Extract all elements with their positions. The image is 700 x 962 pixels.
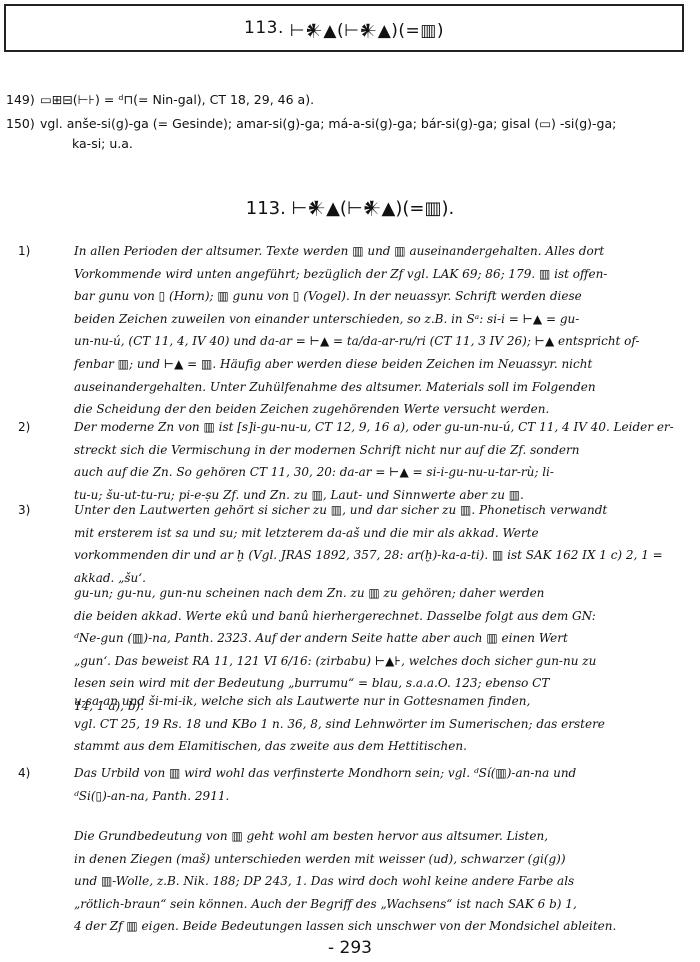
entry-text: vgl. anše-si(g)-ga (= Gesinde); amar-si(… <box>40 116 616 131</box>
paragraph-text: Das Urbild von ▥ wird wohl das verfinste… <box>74 766 576 780</box>
page-header-box: 113. ⊢𒀭▲(⊢𒀭▲)(=▥) <box>4 4 684 52</box>
page-number: - 293 <box>0 938 700 958</box>
text-line: akkad. „šu‘. <box>74 571 146 585</box>
entry-text: ka-si; u.a. <box>72 136 133 151</box>
paragraph-text: lesen sein wird mit der Bedeutung „burru… <box>74 676 549 690</box>
paragraph-text: mit ersterem ist sa und su; mit letztere… <box>74 526 539 540</box>
paragraph-text: vorkommenden dir und ar ḫ (Vgl. JRAS 189… <box>74 548 663 562</box>
text-line: bar gunu von ▯ (Horn); ▥ gunu von ▯ (Vog… <box>74 289 582 303</box>
text-line: beiden Zeichen zuweilen von einander unt… <box>74 312 579 326</box>
paragraph-text: Die Grundbedeutung von ▥ geht wohl am be… <box>74 829 548 843</box>
paragraph-text: in denen Ziegen (maš) unterschieden werd… <box>74 852 566 866</box>
paragraph-text: bar gunu von ▯ (Horn); ▥ gunu von ▯ (Vog… <box>74 289 582 303</box>
text-line: vgl. CT 25, 19 Rs. 18 und KBo 1 n. 36, 8… <box>74 717 605 731</box>
text-line: gu-un; gu-nu, gun-nu scheinen nach dem Z… <box>74 586 544 600</box>
entry-text: ▭⊞⊟(⊢⊦) = ᵈ⊓(= Nin-gal), CT 18, 29, 46 a… <box>40 92 314 107</box>
paragraph-text: In allen Perioden der altsumer. Texte we… <box>74 244 604 258</box>
text-line: Vorkommende wird unten angeführt; bezügl… <box>74 267 607 281</box>
text-line: vorkommenden dir und ar ḫ (Vgl. JRAS 189… <box>74 548 663 562</box>
paragraph-number: 4) <box>18 766 74 780</box>
paragraph-text: stammt aus dem Elamitischen, das zweite … <box>74 739 467 753</box>
text-line: 2)Der moderne Zn von ▥ ist [s]i-gu-nu-u,… <box>18 420 674 434</box>
paragraph-text: auseinandergehalten. Unter Zuhülfenahme … <box>74 380 596 394</box>
paragraph-text: fenbar ▥; und ⊢▲ = ▥. Häufig aber werden… <box>74 357 592 371</box>
text-line: die beiden akkad. Werte ekû und banû hie… <box>74 609 596 623</box>
paragraph-text: „gun‘. Das beweist RA 11, 121 VI 6/16: (… <box>74 654 596 668</box>
text-line: fenbar ▥; und ⊢▲ = ▥. Häufig aber werden… <box>74 357 592 371</box>
text-line: auseinandergehalten. Unter Zuhülfenahme … <box>74 380 596 394</box>
text-line: un-nu-ú, (CT 11, 4, IV 40) und da-ar = ⊢… <box>74 334 639 348</box>
text-line: ᵈNe-gun (▥)-na, Panth. 2323. Auf der and… <box>74 631 568 645</box>
header-title-signs: ⊢𒀭▲(⊢𒀭▲)(=▥) <box>290 9 444 48</box>
paragraph-text: vgl. CT 25, 19 Rs. 18 und KBo 1 n. 36, 8… <box>74 717 605 731</box>
text-line: in denen Ziegen (maš) unterschieden werd… <box>74 852 566 866</box>
paragraph-text: beiden Zeichen zuweilen von einander unt… <box>74 312 579 326</box>
paragraph-text: streckt sich die Vermischung in der mode… <box>74 443 579 457</box>
text-line: tu-u; šu-ut-tu-ru; pi-e-ṣu Zf. und Zn. z… <box>74 488 524 502</box>
section-title: 113. ⊢𒀭▲(⊢𒀭▲)(=▥). <box>0 186 700 227</box>
paragraph-text: Der moderne Zn von ▥ ist [s]i-gu-nu-u, C… <box>74 420 674 434</box>
text-line: und ▥-Wolle, z.B. Nik. 188; DP 243, 1. D… <box>74 874 574 888</box>
paragraph-text: auch auf die Zn. So gehören CT 11, 30, 2… <box>74 465 554 479</box>
text-line: mit ersterem ist sa und su; mit letztere… <box>74 526 539 540</box>
text-line: stammt aus dem Elamitischen, das zweite … <box>74 739 467 753</box>
text-line: „rötlich-braun“ sein können. Auch der Be… <box>74 897 577 911</box>
paragraph-number: 1) <box>18 244 74 258</box>
paragraph-text: gu-un; gu-nu, gun-nu scheinen nach dem Z… <box>74 586 544 600</box>
paragraph-text: und ▥-Wolle, z.B. Nik. 188; DP 243, 1. D… <box>74 874 574 888</box>
paragraph-text: die beiden akkad. Werte ekû und banû hie… <box>74 609 596 623</box>
text-line: lesen sein wird mit der Bedeutung „burru… <box>74 676 549 690</box>
paragraph-text: Unter den Lautwerten gehört si sicher zu… <box>74 503 607 517</box>
paragraph-text: tu-u; šu-ut-tu-ru; pi-e-ṣu Zf. und Zn. z… <box>74 488 524 502</box>
text-line: „gun‘. Das beweist RA 11, 121 VI 6/16: (… <box>74 654 596 668</box>
text-line: 4)Das Urbild von ▥ wird wohl das verfins… <box>18 766 576 780</box>
paragraph-text: die Scheidung der den beiden Zeichen zug… <box>74 402 549 416</box>
text-line: 3)Unter den Lautwerten gehört si sicher … <box>18 503 607 517</box>
text-line: die Scheidung der den beiden Zeichen zug… <box>74 402 549 416</box>
paragraph-text: un-nu-ú, (CT 11, 4, IV 40) und da-ar = ⊢… <box>74 334 639 348</box>
text-line: ᵈSi(▯)-an-na, Panth. 2911. <box>74 789 229 803</box>
text-line: streckt sich die Vermischung in der mode… <box>74 443 579 457</box>
text-line: auch auf die Zn. So gehören CT 11, 30, 2… <box>74 465 554 479</box>
text-line: u-sa-an und ši-mi-ik, welche sich als La… <box>74 694 530 708</box>
paragraph-text: akkad. „šu‘. <box>74 571 146 585</box>
paragraph-text: Vorkommende wird unten angeführt; bezügl… <box>74 267 607 281</box>
text-line: 4 der Zf ▥ eigen. Beide Bedeutungen lass… <box>74 919 616 933</box>
header-title-number: 113. <box>244 18 284 38</box>
text-line: Die Grundbedeutung von ▥ geht wohl am be… <box>74 829 548 843</box>
paragraph-text: ᵈNe-gun (▥)-na, Panth. 2323. Auf der and… <box>74 631 568 645</box>
entry-number: 149) <box>6 92 40 107</box>
paragraph-text: ᵈSi(▯)-an-na, Panth. 2911. <box>74 789 229 803</box>
paragraph-text: 4 der Zf ▥ eigen. Beide Bedeutungen lass… <box>74 919 616 933</box>
paragraph-number: 3) <box>18 503 74 517</box>
entry-number: 150) <box>6 116 40 131</box>
entry-line: 150)vgl. anše-si(g)-ga (= Gesinde); amar… <box>6 116 616 131</box>
text-line: 1)In allen Perioden der altsumer. Texte … <box>18 244 604 258</box>
paragraph-text: „rötlich-braun“ sein können. Auch der Be… <box>74 897 577 911</box>
paragraph-number: 2) <box>18 420 74 434</box>
entry-line: 149)▭⊞⊟(⊢⊦) = ᵈ⊓(= Nin-gal), CT 18, 29, … <box>6 92 314 107</box>
paragraph-text: u-sa-an und ši-mi-ik, welche sich als La… <box>74 694 530 708</box>
entry-line: ka-si; u.a. <box>72 136 133 151</box>
